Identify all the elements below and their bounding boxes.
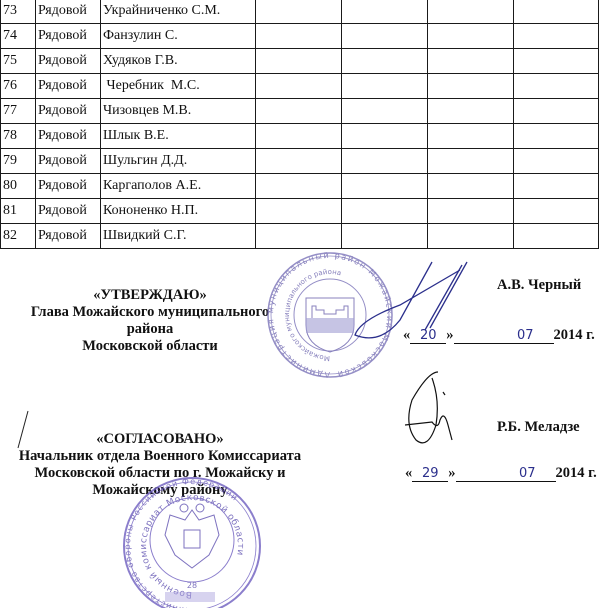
row-rank: Рядовой — [36, 174, 101, 199]
row-name: Швидкий С.Г. — [101, 224, 256, 249]
empty-cell — [256, 24, 342, 49]
empty-cell — [428, 224, 514, 249]
personnel-table: 73РядовойУкрайниченко С.М.74РядовойФанзу… — [0, 0, 599, 249]
row-name: Черебник М.С. — [101, 74, 256, 99]
approve-date-month: 07 — [454, 328, 554, 344]
empty-cell — [342, 49, 428, 74]
empty-cell — [514, 199, 599, 224]
empty-cell — [428, 149, 514, 174]
row-number: 78 — [1, 124, 36, 149]
empty-cell — [428, 124, 514, 149]
empty-cell — [514, 24, 599, 49]
empty-cell — [256, 124, 342, 149]
row-number: 75 — [1, 49, 36, 74]
row-name: Чизовцев М.В. — [101, 99, 256, 124]
empty-cell — [514, 124, 599, 149]
agree-date-day: 29 — [412, 466, 448, 482]
table-row: 73РядовойУкрайниченко С.М. — [1, 0, 599, 24]
empty-cell — [342, 0, 428, 24]
svg-text:Можайского муниципального райо: Можайского муниципального района — [283, 268, 342, 362]
agree-block: «СОГЛАСОВАНО» Начальник отдела Военного … — [5, 431, 315, 499]
row-name: Украйниченко С.М. — [101, 0, 256, 24]
row-name: Худяков Г.В. — [101, 49, 256, 74]
row-name: Фанзулин С. — [101, 24, 256, 49]
row-number: 77 — [1, 99, 36, 124]
row-name: Шульгин Д.Д. — [101, 149, 256, 174]
agree-line2: Московской области по г. Можайску и — [5, 465, 315, 482]
row-number: 81 — [1, 199, 36, 224]
table-row: 74РядовойФанзулин С. — [1, 24, 599, 49]
empty-cell — [428, 0, 514, 24]
empty-cell — [256, 199, 342, 224]
empty-cell — [428, 49, 514, 74]
table-row: 82РядовойШвидкий С.Г. — [1, 224, 599, 249]
row-rank: Рядовой — [36, 24, 101, 49]
empty-cell — [256, 49, 342, 74]
row-number: 73 — [1, 0, 36, 24]
agree-heading: «СОГЛАСОВАНО» — [5, 431, 315, 448]
empty-cell — [256, 74, 342, 99]
row-name: Кононенко Н.П. — [101, 199, 256, 224]
approve-date: «20»072014 г. — [403, 327, 595, 344]
row-rank: Рядовой — [36, 99, 101, 124]
row-number: 82 — [1, 224, 36, 249]
row-name: Шлык В.Е. — [101, 124, 256, 149]
empty-cell — [256, 174, 342, 199]
empty-cell — [342, 124, 428, 149]
empty-cell — [514, 149, 599, 174]
agree-line1: Начальник отдела Военного Комиссариата — [5, 448, 315, 465]
table-row: 81РядовойКононенко Н.П. — [1, 199, 599, 224]
table-row: 79РядовойШульгин Д.Д. — [1, 149, 599, 174]
approve-signer: А.В. Черный — [497, 277, 581, 294]
empty-cell — [256, 149, 342, 174]
row-rank: Рядовой — [36, 74, 101, 99]
empty-cell — [514, 99, 599, 124]
empty-cell — [514, 49, 599, 74]
empty-cell — [428, 74, 514, 99]
table-row: 78РядовойШлык В.Е. — [1, 124, 599, 149]
row-rank: Рядовой — [36, 199, 101, 224]
empty-cell — [342, 74, 428, 99]
approve-block: «УТВЕРЖДАЮ» Глава Можайского муниципальн… — [10, 287, 290, 355]
empty-cell — [342, 199, 428, 224]
empty-cell — [342, 174, 428, 199]
empty-cell — [342, 224, 428, 249]
table-row: 77РядовойЧизовцев М.В. — [1, 99, 599, 124]
empty-cell — [256, 0, 342, 24]
row-rank: Рядовой — [36, 0, 101, 24]
table-row: 75РядовойХудяков Г.В. — [1, 49, 599, 74]
approve-date-day: 20 — [410, 328, 446, 344]
table-row: 76Рядовой Черебник М.С. — [1, 74, 599, 99]
row-number: 79 — [1, 149, 36, 174]
agree-date-month: 07 — [456, 466, 556, 482]
row-rank: Рядовой — [36, 124, 101, 149]
approve-line1: Глава Можайского муниципального района — [10, 304, 290, 338]
signature-2 — [405, 372, 452, 443]
agree-signer: Р.Б. Меладзе — [497, 419, 580, 436]
row-number: 76 — [1, 74, 36, 99]
empty-cell — [514, 224, 599, 249]
agree-date: «29»072014 г. — [405, 465, 597, 482]
approve-line2: Московской области — [10, 338, 290, 355]
table-row: 80РядовойКаргаполов А.Е. — [1, 174, 599, 199]
empty-cell — [428, 99, 514, 124]
empty-cell — [256, 224, 342, 249]
approve-heading: «УТВЕРЖДАЮ» — [10, 287, 290, 304]
empty-cell — [514, 74, 599, 99]
empty-cell — [428, 199, 514, 224]
empty-cell — [428, 174, 514, 199]
agree-line3: Можайскому району — [5, 482, 315, 499]
row-rank: Рядовой — [36, 224, 101, 249]
row-number: 74 — [1, 24, 36, 49]
empty-cell — [342, 99, 428, 124]
row-rank: Рядовой — [36, 49, 101, 74]
empty-cell — [342, 149, 428, 174]
svg-text:Военный комиссариат Московской: Военный комиссариат Московской области — [139, 493, 245, 599]
empty-cell — [514, 174, 599, 199]
empty-cell — [342, 24, 428, 49]
empty-cell — [428, 24, 514, 49]
empty-cell — [256, 99, 342, 124]
row-name: Каргаполов А.Е. — [101, 174, 256, 199]
row-rank: Рядовой — [36, 149, 101, 174]
empty-cell — [514, 0, 599, 24]
svg-text:28: 28 — [187, 581, 197, 590]
row-number: 80 — [1, 174, 36, 199]
